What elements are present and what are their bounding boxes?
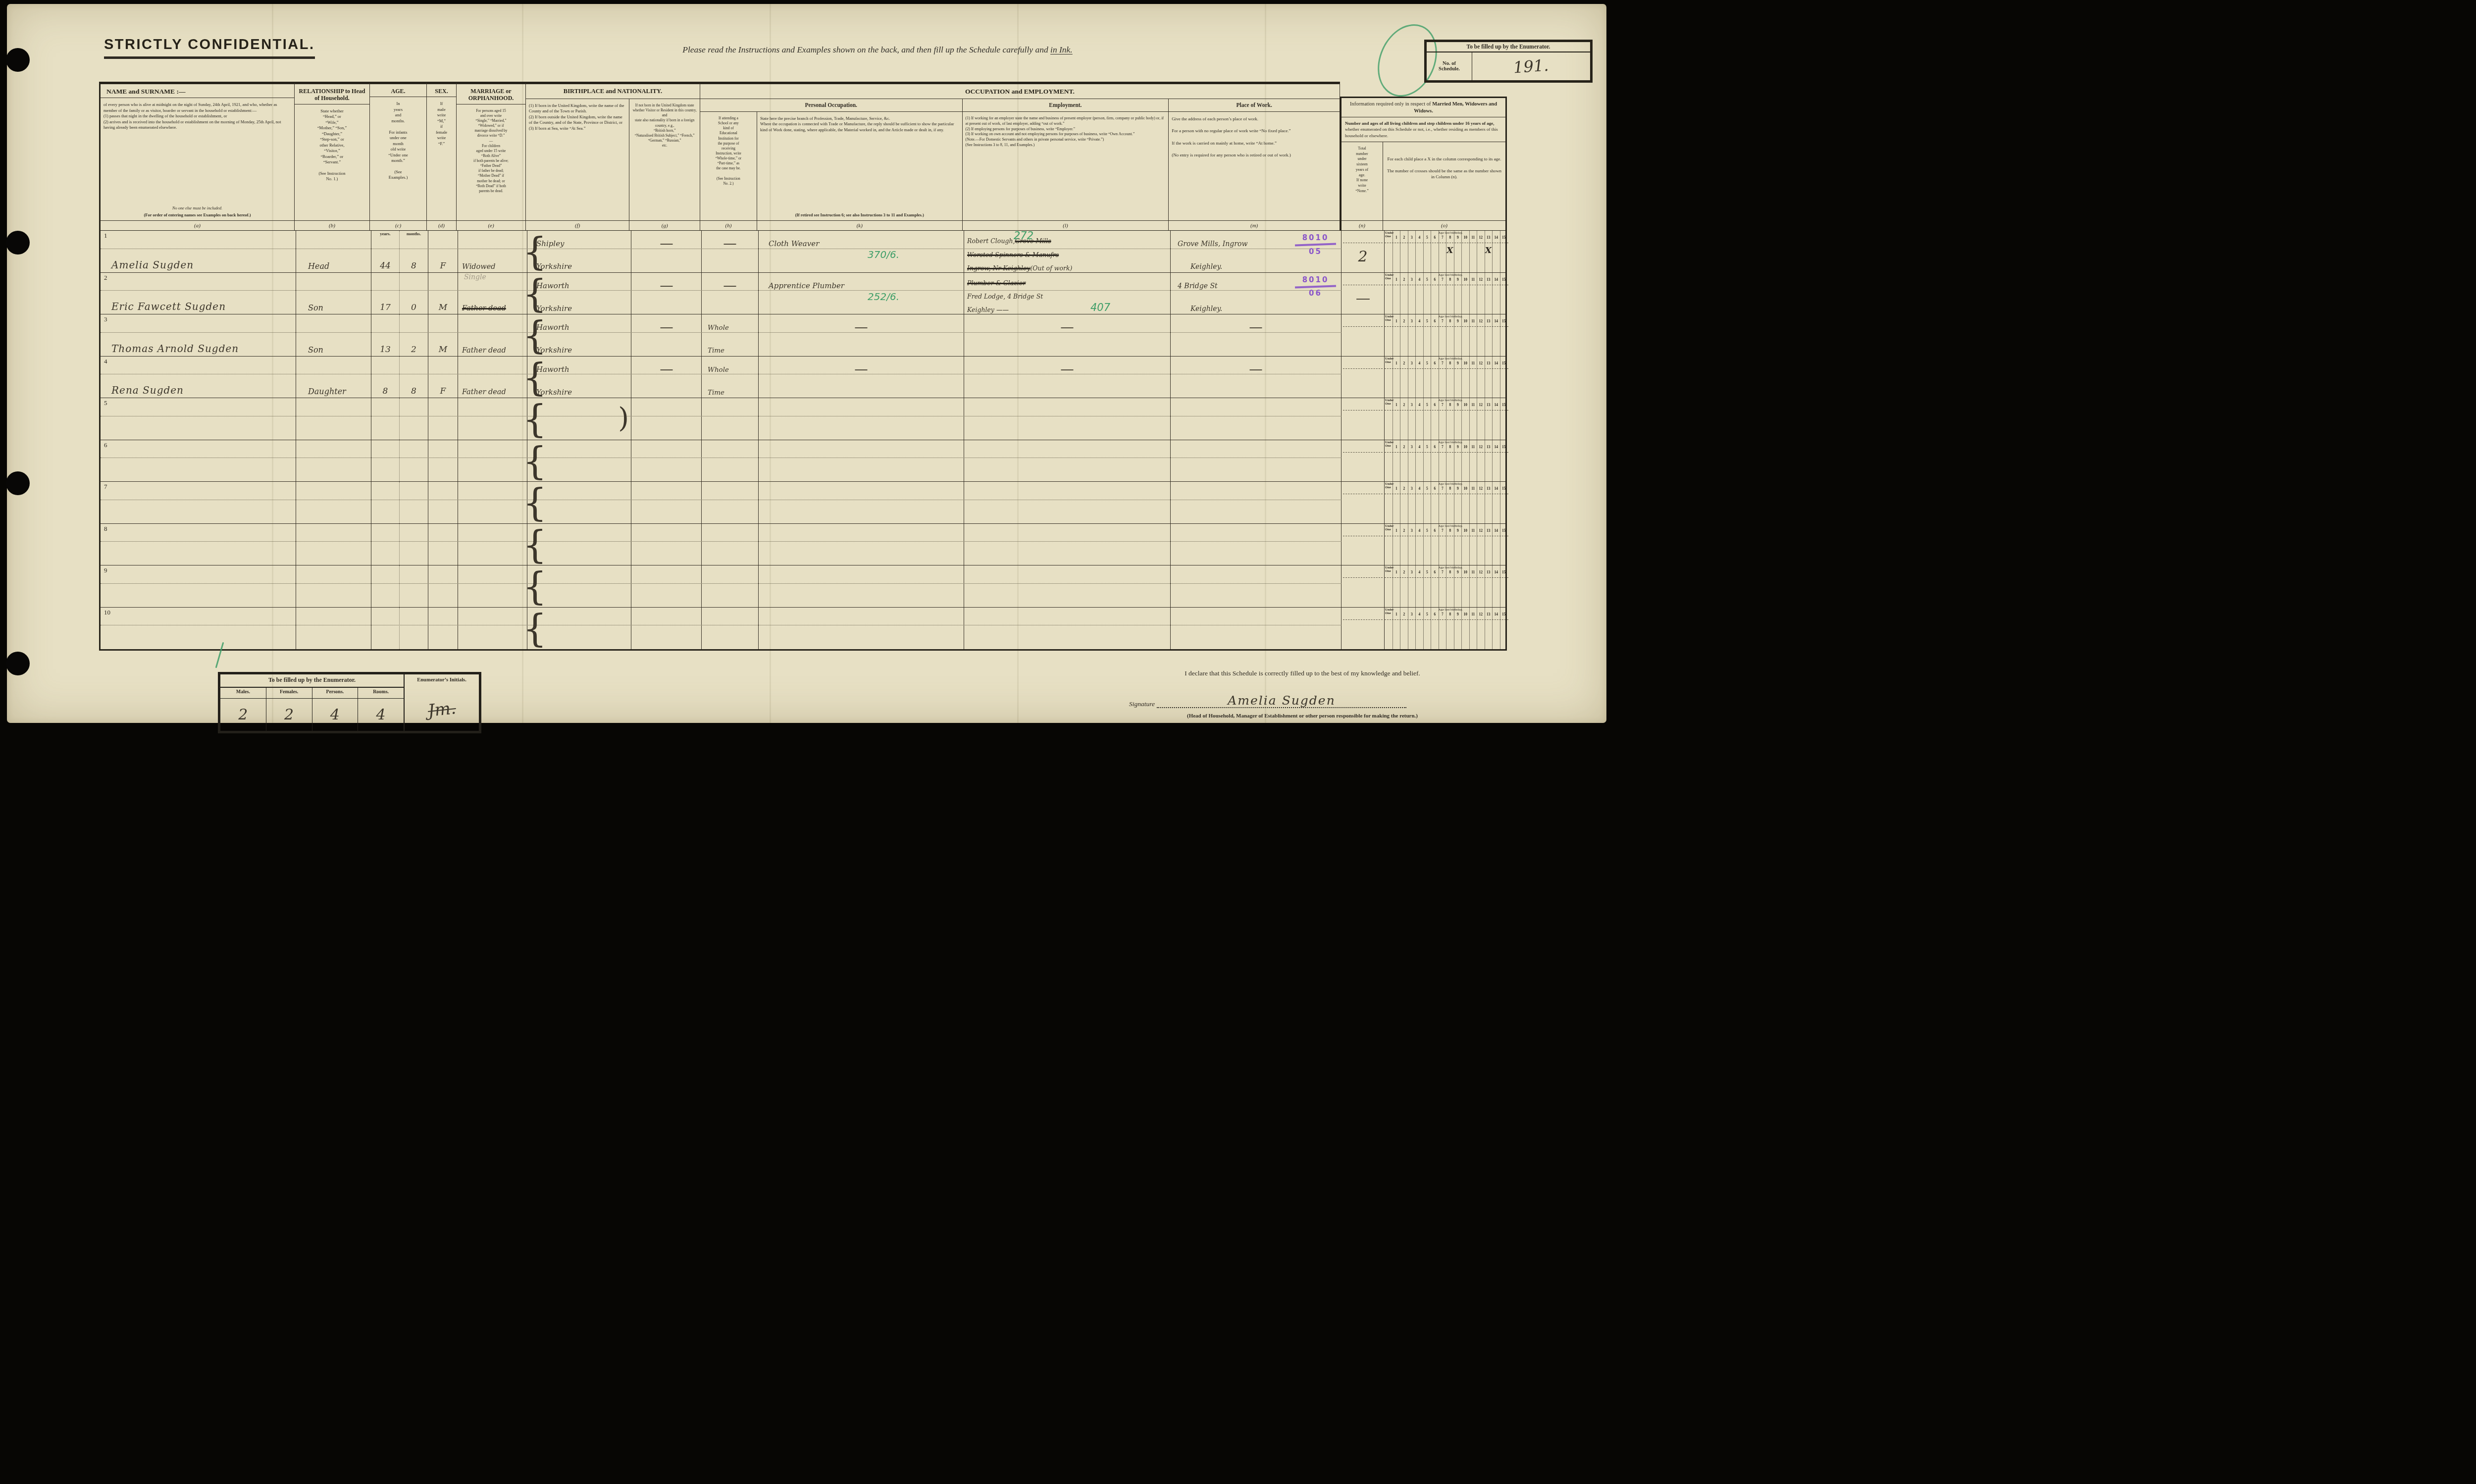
summary-box-title: To be filled up by the Enumerator.: [220, 674, 404, 688]
summary-column: Persons.4: [312, 688, 359, 731]
age-grid-number: 8: [1446, 277, 1454, 282]
age-months-cell: [400, 524, 428, 565]
employment-cell: —: [964, 357, 1171, 398]
age-grid-number: 6: [1431, 403, 1439, 407]
birthplace-handwriting: Yorkshire: [527, 304, 572, 313]
children-instruction-bold: Number and ages of all living children a…: [1345, 121, 1495, 126]
age-grid-number: 6: [1431, 528, 1439, 533]
age-grid-number: 8: [1446, 319, 1454, 323]
age-grid-number: 9: [1454, 486, 1462, 491]
table-row: 1Amelia SugdenHeadyears.44months.8FWidow…: [101, 231, 1505, 273]
total-children-description: Total number under sixteen years of age.…: [1341, 142, 1383, 220]
age-grid-column: 14: [1492, 608, 1500, 650]
age-grid-column: 10: [1461, 608, 1469, 650]
column-header-education: If attending a School or any kind of Edu…: [700, 112, 757, 230]
place-of-work-cell: —: [1171, 357, 1341, 398]
age-grid-column: 1: [1393, 524, 1400, 565]
marriage-cell: Father dead: [458, 357, 527, 398]
age-grid-number: 8: [1446, 445, 1454, 449]
marriage-column-description: For persons aged 15 and over write “Sing…: [457, 104, 525, 220]
birthplace-cell: {: [527, 565, 631, 607]
age-grid-column: 7: [1439, 357, 1446, 398]
total-children-value: 2: [1341, 243, 1384, 271]
age-grid-column: 7: [1439, 608, 1446, 650]
age-grid-column: 13: [1485, 314, 1493, 356]
age-grid-column: 15: [1500, 357, 1508, 398]
place-of-work-cell: —: [1171, 314, 1341, 356]
age-grid-number: 10: [1462, 319, 1469, 323]
total-children-cell: [1341, 398, 1385, 440]
place-of-work-cell: [1171, 482, 1341, 523]
employment-line: Fred Lodge, 4 Bridge St: [967, 287, 1169, 300]
place-handwriting: Keighley.: [1171, 263, 1222, 271]
age-grid-column: 14: [1492, 231, 1500, 272]
married-info-title: Information required only in respect of …: [1341, 98, 1505, 117]
age-grid-column: 10: [1461, 398, 1469, 440]
age-grid-column: 2: [1400, 608, 1408, 650]
name-cell: 10: [101, 608, 296, 650]
age-grid-number: 6: [1431, 277, 1439, 282]
column-header-age: AGE. In years and months. For infants un…: [370, 82, 427, 230]
age-grid-column: 11: [1469, 524, 1477, 565]
age-grid-column: 10: [1461, 440, 1469, 482]
age-years-handwriting: 17: [371, 303, 399, 312]
age-grid-number: 2: [1400, 528, 1408, 533]
age-grid-number: 6: [1431, 612, 1439, 616]
column-letter-f: (f): [526, 220, 629, 230]
sex-cell: [428, 608, 458, 650]
age-grid-number: 7: [1439, 361, 1446, 365]
age-grid-column: 10: [1461, 357, 1469, 398]
education-cell: [702, 608, 759, 650]
occupation-dash: —: [854, 366, 868, 374]
age-grid-column: 11: [1469, 608, 1477, 650]
age-grid-number: 4: [1416, 570, 1423, 574]
age-grid-column: 9: [1454, 482, 1462, 523]
column-letter-g: (g): [629, 220, 700, 230]
stamp-underline: [1295, 285, 1336, 288]
birthplace-handwriting: Haworth: [527, 323, 569, 332]
nationality-cell: [631, 565, 702, 607]
personal-occupation-subheader: Personal Occupation.: [700, 99, 963, 111]
age-grid-number: 6: [1431, 570, 1439, 574]
occupation-cell: [759, 524, 964, 565]
name-cell: 2Eric Fawcett Sugden: [101, 273, 296, 314]
table-row: 4Rena SugdenDaughter88FFather dead{Hawor…: [101, 357, 1505, 399]
age-last-birthday-label: Age last birthday.: [1393, 314, 1508, 318]
summary-column-header: Rooms.: [358, 688, 404, 699]
age-grid-column: 15: [1500, 273, 1508, 314]
education-handwriting: Whole: [702, 366, 729, 374]
age-years-cell: 17: [371, 273, 400, 314]
age-grid-column: 6: [1431, 608, 1439, 650]
column-letter-l: (l): [963, 220, 1169, 230]
column-letter-m: (m): [1169, 220, 1340, 230]
column-letter-e: (e): [457, 220, 525, 230]
relationship-cell: [296, 565, 371, 607]
schedule-box-title: To be filled up by the Enumerator.: [1427, 42, 1590, 52]
stamp-underline: [1295, 243, 1336, 246]
occupation-cell: [759, 482, 964, 523]
age-grid-column: 14: [1492, 398, 1500, 440]
age-grid-column: 6: [1431, 524, 1439, 565]
age-grid-number: 14: [1493, 403, 1500, 407]
age-grid-column: 2: [1400, 314, 1408, 356]
marriage-cell: [458, 398, 527, 440]
age-grid-column: 11: [1469, 482, 1477, 523]
marriage-column-title: MARRIAGE or ORPHANHOOD.: [457, 84, 525, 104]
age-grid-column: 9: [1454, 273, 1462, 314]
age-grid-column: 15: [1500, 524, 1508, 565]
age-months-cell: [400, 398, 428, 440]
age-grid-number: 4: [1416, 361, 1423, 365]
age-grid-column: 11: [1469, 565, 1477, 607]
age-grid-number: 4: [1416, 277, 1423, 282]
punch-hole: [6, 471, 30, 495]
age-grid-number: 5: [1424, 528, 1431, 533]
age-grid-number: 1: [1393, 361, 1400, 365]
age-grid-number: 14: [1493, 445, 1500, 449]
age-grid-column: Under One: [1385, 565, 1393, 607]
age-grid-cell: Age last birthday.Under One1234567891011…: [1385, 273, 1508, 314]
age-months-cell: [400, 608, 428, 650]
age-grid-number: 3: [1408, 612, 1416, 616]
married-info-title-normal: Information required only in respect of: [1350, 102, 1432, 107]
age-grid-column: 8: [1446, 482, 1454, 523]
age-units-years: years.: [371, 231, 399, 236]
age-grid-cell: Age last birthday.Under One1234567891011…: [1385, 357, 1508, 398]
age-grid-number: 9: [1454, 528, 1462, 533]
age-grid-column: 15: [1500, 231, 1508, 272]
brace-mark: {: [523, 399, 547, 439]
age-months-cell: [400, 440, 428, 482]
age-last-birthday-label: Age last birthday.: [1393, 357, 1508, 360]
age-grid-column: 8: [1446, 398, 1454, 440]
summary-column: Females.2: [266, 688, 312, 731]
age-grid-number: 5: [1424, 235, 1431, 240]
relationship-cell: Son: [296, 314, 371, 356]
age-grid-column: 1: [1393, 440, 1400, 482]
instruction-text: Please read the Instructions and Example…: [682, 45, 1050, 54]
age-grid-number: 11: [1470, 319, 1477, 323]
age-grid-number: 3: [1408, 235, 1416, 240]
age-grid-number: 15: [1500, 528, 1508, 533]
age-grid-column: 6: [1431, 565, 1439, 607]
age-last-birthday-label: Age last birthday.: [1393, 608, 1508, 612]
age-grid-number: 11: [1470, 445, 1477, 449]
schedule-number-box: To be filled up by the Enumerator. No. o…: [1424, 40, 1593, 83]
age-grid-number: 11: [1470, 528, 1477, 533]
marriage-cell: [458, 565, 527, 607]
age-months-handwriting: 8: [400, 261, 428, 271]
age-grid-column: 14: [1492, 314, 1500, 356]
age-grid-number: 3: [1408, 445, 1416, 449]
table-row: 3Thomas Arnold SugdenSon132MFather dead{…: [101, 314, 1505, 357]
nationality-cell: —: [631, 231, 702, 272]
summary-column: Rooms.4: [358, 688, 404, 731]
age-grid-column: 6: [1431, 273, 1439, 314]
age-grid-number: 4: [1416, 612, 1423, 616]
age-grid-column: 5: [1423, 565, 1431, 607]
education-dash: —: [723, 240, 737, 248]
column-group-occupation: OCCUPATION and EMPLOYMENT. Personal Occu…: [700, 82, 1340, 230]
relationship-cell: [296, 608, 371, 650]
birthplace-cell: {: [527, 482, 631, 523]
birthplace-handwriting: Shipley: [527, 239, 564, 248]
age-grid-number: 11: [1470, 361, 1477, 365]
age-grid-column: 13: [1485, 398, 1493, 440]
name-handwriting: Rena Sugden: [101, 384, 184, 396]
age-grid-number: 5: [1424, 319, 1431, 323]
age-grid-column: 5: [1423, 273, 1431, 314]
age-grid-column: 4: [1415, 482, 1423, 523]
employment-subheader: Employment.: [963, 99, 1169, 111]
employment-handwriting: Robert Clough, Grove MillsWorsted Spinne…: [967, 231, 1169, 272]
summary-column-header: Males.: [220, 688, 266, 699]
nationality-dash: —: [660, 324, 673, 332]
place-of-work-cell: Grove Mills, IngrowKeighley.801005: [1171, 231, 1341, 272]
summary-column-value: 4: [312, 699, 358, 731]
marriage-handwriting: Father dead: [458, 388, 506, 396]
age-months-cell: 8: [400, 357, 428, 398]
age-grid-column: 4: [1415, 357, 1423, 398]
age-grid-baseline: [1385, 368, 1508, 369]
age-years-cell: [371, 608, 400, 650]
age-grid-column: 5: [1423, 231, 1431, 272]
age-grid-number: 13: [1485, 403, 1493, 407]
age-grid-number: 5: [1424, 445, 1431, 449]
age-grid-number: 1: [1393, 486, 1400, 491]
age-grid-column: 10: [1461, 482, 1469, 523]
age-months-handwriting: 2: [400, 345, 428, 355]
age-grid-number: 11: [1470, 235, 1477, 240]
age-grid-column: 11: [1469, 357, 1477, 398]
age-grid-baseline: [1385, 452, 1508, 453]
age-grid-number: 10: [1462, 612, 1469, 616]
occupation-cell: Apprentice Plumber252/6.: [759, 273, 964, 314]
total-children-cell: 2: [1341, 231, 1385, 272]
name-handwriting: Thomas Arnold Sugden: [101, 343, 239, 355]
place-of-work-cell: [1171, 608, 1341, 650]
nationality-cell: [631, 608, 702, 650]
age-grid-column: 15: [1500, 398, 1508, 440]
occupation-column-note: (If retired see Instruction 6; see also …: [757, 211, 962, 220]
age-grid-column: 3: [1408, 440, 1416, 482]
occupation-column-description: State here the precise branch of Profess…: [757, 112, 962, 211]
age-grid-column: Under One: [1385, 231, 1393, 272]
age-grid-cell: Age last birthday.Under One1234567891011…: [1385, 482, 1508, 523]
age-grid-column: 8: [1446, 357, 1454, 398]
age-grid-number: 13: [1485, 235, 1493, 240]
summary-columns: Males.2Females.2Persons.4Rooms.4: [220, 688, 404, 731]
age-grid-column: 5: [1423, 608, 1431, 650]
age-grid-number: 4: [1416, 403, 1423, 407]
age-grid-column: 1: [1393, 273, 1400, 314]
marriage-cell: [458, 524, 527, 565]
occupation-cell: [759, 565, 964, 607]
age-grid-number: 7: [1439, 235, 1446, 240]
column-letter-n: (n): [1341, 220, 1383, 230]
age-grid-number: 5: [1424, 277, 1431, 282]
education-handwriting: Time: [702, 389, 724, 397]
place-handwriting: Grove Mills, Ingrow: [1171, 240, 1247, 248]
row-number: 10: [104, 609, 110, 616]
age-grid-number: 2: [1400, 235, 1408, 240]
age-months-cell: months.8: [400, 231, 428, 272]
place-of-work-cell: [1171, 524, 1341, 565]
age-grid-column: Under One: [1385, 608, 1393, 650]
sex-cell: M: [428, 314, 458, 356]
age-grid-number: 10: [1462, 486, 1469, 491]
name-column-note2: (For order of entering names see Example…: [101, 211, 294, 220]
birthplace-cell: {: [527, 440, 631, 482]
age-grid-column: 1: [1393, 357, 1400, 398]
age-grid-number: 10: [1462, 445, 1469, 449]
age-grid-number: 2: [1400, 319, 1408, 323]
age-grid-number: 4: [1416, 319, 1423, 323]
marriage-cell: [458, 440, 527, 482]
relationship-cell: [296, 482, 371, 523]
declaration-text: I declare that this Schedule is correctl…: [1080, 669, 1525, 677]
age-grid-number: 10: [1462, 403, 1469, 407]
age-grid-column: 8: [1446, 314, 1454, 356]
age-years-cell: 13: [371, 314, 400, 356]
birthplace-column-description: (1) If born in the United Kingdom, write…: [526, 99, 629, 220]
birthplace-cell: {: [527, 524, 631, 565]
age-grid-column: 10: [1461, 524, 1469, 565]
age-grid-column: 11: [1469, 398, 1477, 440]
age-grid-column: 12: [1477, 524, 1485, 565]
place-column-description: Give the address of each person’s place …: [1169, 112, 1340, 220]
age-grid-number: 12: [1477, 403, 1485, 407]
education-handwriting: Time: [702, 347, 724, 355]
total-children-cell: [1341, 357, 1385, 398]
age-grid-number: 12: [1477, 319, 1485, 323]
age-grid-number: 13: [1485, 277, 1493, 282]
age-grid-number: 11: [1470, 612, 1477, 616]
place-of-work-cell: [1171, 398, 1341, 440]
age-grid-column: 13: [1485, 565, 1493, 607]
age-grid-column: 11: [1469, 231, 1477, 272]
column-letter-c: (c): [370, 220, 426, 230]
age-last-birthday-label: Age last birthday.: [1393, 231, 1508, 235]
sex-cell: [428, 482, 458, 523]
total-children-cell: [1341, 482, 1385, 523]
age-grid-number: 8: [1446, 486, 1454, 491]
summary-column-header: Females.: [266, 688, 312, 699]
age-grid-column: 2: [1400, 482, 1408, 523]
age-grid-column: 9: [1454, 231, 1462, 272]
punch-hole: [6, 231, 30, 255]
age-grid-number: 8: [1446, 612, 1454, 616]
age-grid-column: 5: [1423, 398, 1431, 440]
education-cell: [702, 565, 759, 607]
age-grid-column: 12: [1477, 314, 1485, 356]
marriage-handwriting: Father dead: [458, 305, 506, 312]
age-grid-number: 8: [1446, 403, 1454, 407]
age-grid-number: 8: [1446, 570, 1454, 574]
age-grid-number: 9: [1454, 612, 1462, 616]
name-handwriting: Eric Fawcett Sugden: [101, 301, 226, 312]
nationality-cell: [631, 398, 702, 440]
birthplace-handwriting: Yorkshire: [527, 346, 572, 355]
age-grid-number: 4: [1416, 528, 1423, 533]
age-grid-column: 8: [1446, 565, 1454, 607]
industry-code-stamp: 801006: [1292, 275, 1339, 298]
age-grid-cell: Age last birthday.Under One1234567891011…: [1385, 231, 1508, 272]
birthplace-handwriting: Haworth: [527, 365, 569, 374]
nationality-cell: [631, 524, 702, 565]
place-of-work-cell: [1171, 440, 1341, 482]
birthplace-cell: {: [527, 608, 631, 650]
relationship-cell: Son: [296, 273, 371, 314]
age-grid-number: 14: [1493, 486, 1500, 491]
signature-line: Amelia Sugden: [1157, 693, 1406, 708]
age-grid-column: 5: [1423, 524, 1431, 565]
age-months-cell: 2: [400, 314, 428, 356]
age-grid-number: 15: [1500, 277, 1508, 282]
nationality-dash: —: [660, 282, 673, 290]
nationality-dash: —: [660, 240, 673, 248]
industry-code-stamp: 801005: [1292, 233, 1339, 256]
age-grid-number: 15: [1500, 612, 1508, 616]
age-last-birthday-label: Age last birthday.: [1393, 482, 1508, 486]
occupation-cell: [759, 398, 964, 440]
age-grid-column: 14: [1492, 565, 1500, 607]
age-grid-number: 14: [1493, 235, 1500, 240]
column-header-name: NAME and SURNAME :— of every person who …: [99, 82, 295, 230]
age-grid-cell: Age last birthday.Under One1234567891011…: [1385, 524, 1508, 565]
age-grid-number: 12: [1477, 486, 1485, 491]
age-last-birthday-label: Age last birthday.: [1393, 273, 1508, 277]
age-grid-column: 10: [1461, 273, 1469, 314]
age-grid-number: 4: [1416, 235, 1423, 240]
age-grid-number: 7: [1439, 486, 1446, 491]
column-header-birthplace: (1) If born in the United Kingdom, write…: [526, 99, 629, 230]
sex-cell: [428, 440, 458, 482]
row-number: 8: [104, 525, 107, 533]
age-grid-column: 11: [1469, 273, 1477, 314]
sex-column-description: If male write “M,” if female write “F.”: [427, 97, 456, 220]
sex-column-title: SEX.: [427, 84, 456, 97]
age-grid-column: 12: [1477, 608, 1485, 650]
enumerator-initials-cell: Jm.: [405, 688, 479, 731]
age-last-birthday-label: Age last birthday.: [1393, 565, 1508, 569]
age-grid-column: 9: [1454, 440, 1462, 482]
sex-handwriting: M: [428, 303, 458, 312]
column-header-place-of-work: Give the address of each person’s place …: [1169, 112, 1340, 230]
employment-line: Robert Clough, Grove Mills: [967, 231, 1169, 245]
summary-column-value: 2: [220, 699, 266, 731]
age-grid-column: 6: [1431, 482, 1439, 523]
name-cell: 7: [101, 482, 296, 523]
age-grid-number: 12: [1477, 361, 1485, 365]
age-grid-baseline: [1385, 577, 1508, 578]
age-grid-number: 12: [1477, 612, 1485, 616]
age-grid-column: Under One: [1385, 524, 1393, 565]
age-grid-column: Under One: [1385, 273, 1393, 314]
age-years-cell: [371, 482, 400, 523]
summary-column-value: 2: [266, 699, 312, 731]
census-form-paper: STRICTLY CONFIDENTIAL. Please read the I…: [7, 4, 1606, 723]
age-grid-description: For each child place a X in the column c…: [1383, 142, 1505, 220]
age-grid-column: 1: [1393, 398, 1400, 440]
age-grid-number: 7: [1439, 528, 1446, 533]
age-grid-column: 4: [1415, 440, 1423, 482]
age-years-handwriting: 13: [371, 345, 399, 355]
employment-line: Plumber & Glazier: [967, 273, 1169, 287]
age-grid-number: 1: [1393, 570, 1400, 574]
